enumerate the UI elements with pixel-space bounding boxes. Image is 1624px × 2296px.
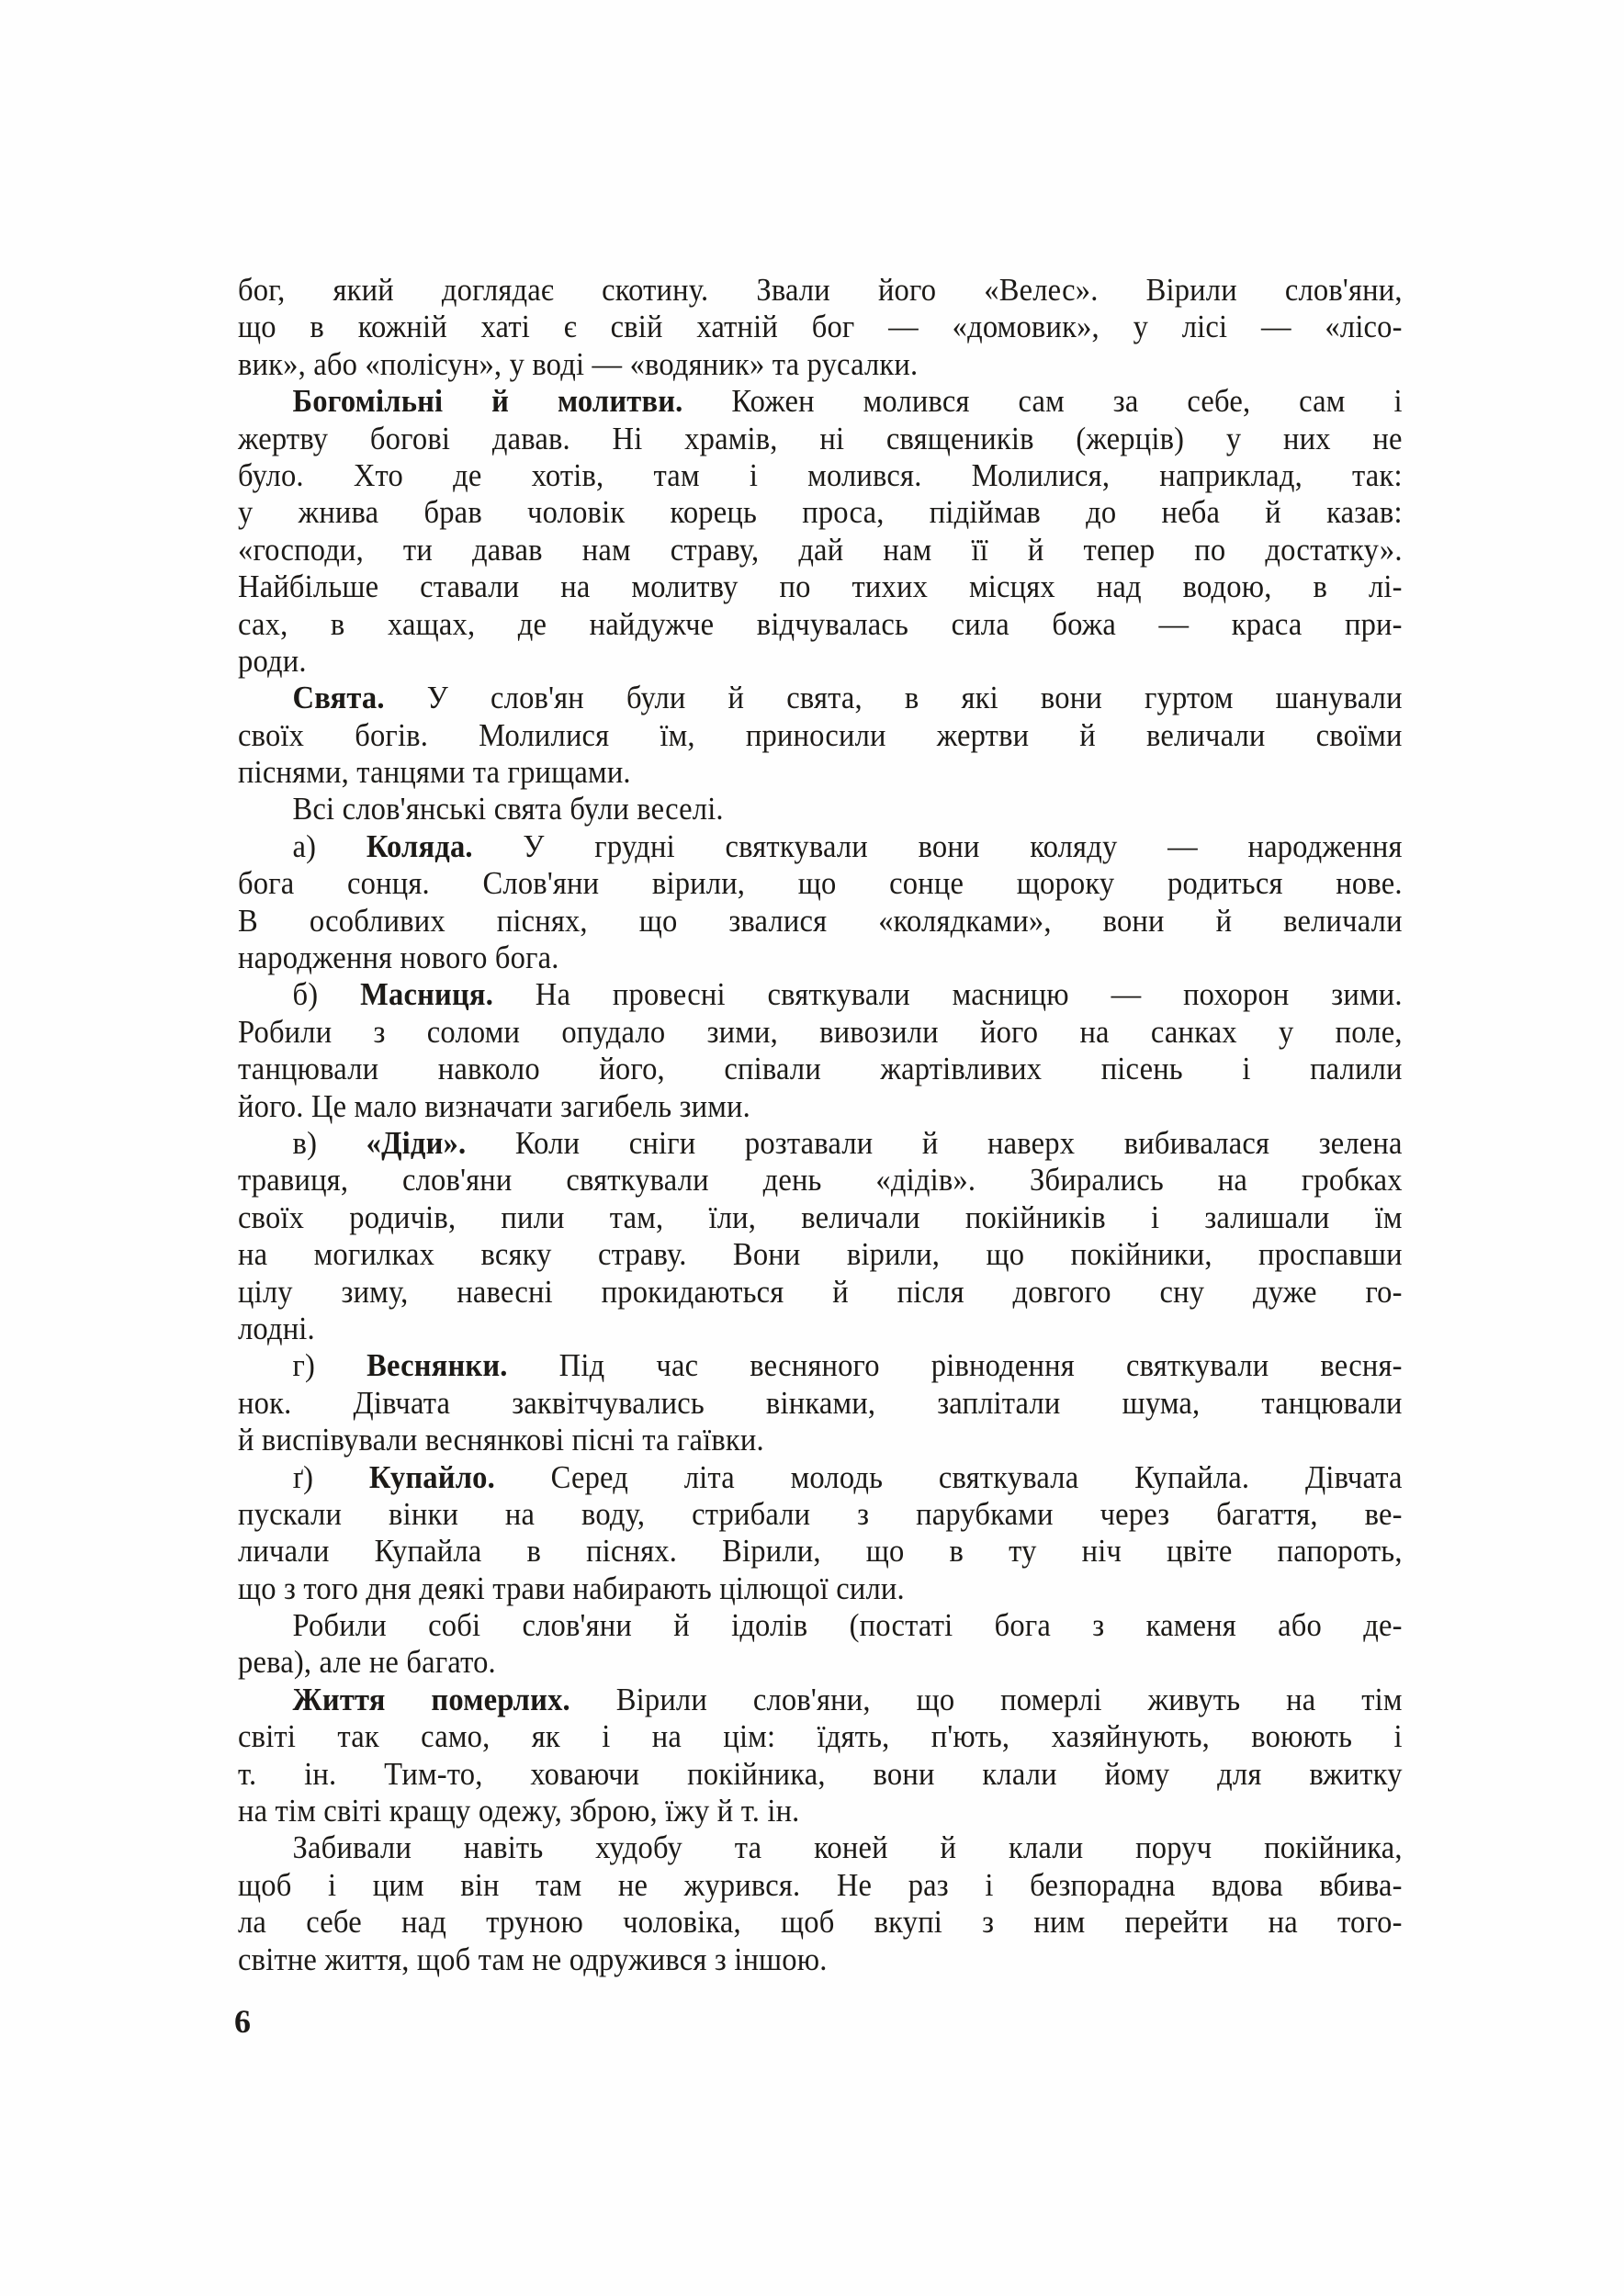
text-line: Життя померлих. Вірили слов'яни, що поме… <box>238 1682 1403 1718</box>
text-run: жертву богові давав. Ні храмів, ні свяще… <box>238 421 1403 456</box>
text-line: Богомільні й молитви. Кожен молився сам … <box>238 383 1403 420</box>
text-line: травиця, слов'яни святкували день «дідів… <box>238 1162 1403 1199</box>
text-line: нок. Дівчата заквітчувались вінками, зап… <box>238 1385 1403 1422</box>
text-line: його. Це мало визначати загибель зими. <box>238 1088 1403 1125</box>
text-run: своїх богів. Молилися їм, приносили жерт… <box>238 717 1403 753</box>
text-run: Забивали навіть худобу та коней й клали … <box>293 1829 1403 1865</box>
section-heading: Життя померлих. <box>293 1682 570 1717</box>
text-line: Свята. У слов'ян були й свята, в які вон… <box>238 680 1403 716</box>
text-run: що з того дня деякі трави набирають цілю… <box>238 1570 905 1606</box>
text-run: вик», або «полісун», у воді — «водяник» … <box>238 346 918 382</box>
text-line: рева), але не багато. <box>238 1644 1403 1681</box>
text-line: цілу зиму, навесні прокидаються й після … <box>238 1274 1403 1311</box>
text-run: цілу зиму, навесні прокидаються й після … <box>238 1274 1403 1310</box>
text-run: піснями, танцями та грищами. <box>238 754 631 790</box>
text-line: в) «Діди». Коли сніги розтавали й наверх… <box>238 1125 1403 1162</box>
text-line: Найбільше ставали на молитву по тихих мі… <box>238 568 1403 605</box>
text-line: було. Хто де хотів, там і молився. Молил… <box>238 457 1403 494</box>
text-run: Робили з соломи опудало зими, вивозили й… <box>238 1014 1403 1050</box>
text-run: а) <box>293 828 367 864</box>
text-run: в) <box>293 1125 367 1161</box>
text-line: на могилках всяку страву. Вони вірили, щ… <box>238 1236 1403 1273</box>
text-line: бога сонця. Слов'яни вірили, що сонце що… <box>238 865 1403 902</box>
text-line: т. ін. Тим-то, ховаючи покійника, вони к… <box>238 1756 1403 1793</box>
text-run: У слов'ян були й свята, в які вони гурто… <box>385 680 1403 715</box>
text-run: ла себе над труною чоловіка, щоб вкупі з… <box>238 1904 1403 1940</box>
text-line: й виспівували веснянкові пісні та гаївки… <box>238 1422 1403 1458</box>
text-run: бога сонця. Слов'яни вірили, що сонце що… <box>238 865 1403 901</box>
text-run: щоб і цим він там не журився. Не раз і б… <box>238 1867 1403 1903</box>
section-heading: «Діди». <box>367 1125 467 1161</box>
section-heading: Свята. <box>293 680 385 715</box>
text-run: рева), але не багато. <box>238 1644 496 1680</box>
section-heading: Масниця. <box>360 976 493 1012</box>
text-line: на тім світі кращу одежу, зброю, їжу й т… <box>238 1793 1403 1829</box>
text-run: що в кожній хаті є свій хатній бог — «до… <box>238 309 1403 344</box>
text-run: світне життя, щоб там не одружився з інш… <box>238 1941 828 1977</box>
text-run: пускали вінки на воду, стрибали з парубк… <box>238 1496 1403 1532</box>
text-run: Всі слов'янські свята були веселі. <box>293 791 724 827</box>
text-run: у жнива брав чоловік корець проса, підій… <box>238 494 1403 530</box>
text-run: Коли сніги розтавали й наверх вибивалася… <box>466 1125 1402 1161</box>
text-run: на могилках всяку страву. Вони вірили, щ… <box>238 1236 1403 1272</box>
text-run: У грудні святкували вони коляду — народж… <box>473 828 1403 864</box>
text-line: народження нового бога. <box>238 940 1403 976</box>
text-line: вик», або «полісун», у воді — «водяник» … <box>238 346 1403 383</box>
text-line: б) Масниця. На провесні святкували масни… <box>238 976 1403 1013</box>
text-line: Робили собі слов'яни й ідолів (постаті б… <box>238 1607 1403 1644</box>
text-line: личали Купайла в піснях. Вірили, що в ту… <box>238 1533 1403 1570</box>
text-line: пускали вінки на воду, стрибали з парубк… <box>238 1496 1403 1533</box>
text-run: Найбільше ставали на молитву по тихих мі… <box>238 568 1403 604</box>
text-line: у жнива брав чоловік корець проса, підій… <box>238 494 1403 531</box>
text-line: В особливих піснях, що звалися «колядкам… <box>238 903 1403 940</box>
text-run: було. Хто де хотів, там і молився. Молил… <box>238 457 1403 493</box>
text-line: Забивали навіть худобу та коней й клали … <box>238 1829 1403 1866</box>
text-line: що з того дня деякі трави набирають цілю… <box>238 1570 1403 1607</box>
text-line: ла себе над труною чоловіка, щоб вкупі з… <box>238 1904 1403 1941</box>
text-run: роди. <box>238 643 307 679</box>
text-line: лодні. <box>238 1311 1403 1347</box>
text-line: а) Коляда. У грудні святкували вони коля… <box>238 828 1403 865</box>
text-line: що в кожній хаті є свій хатній бог — «до… <box>238 309 1403 345</box>
text-line: світі так само, як і на цім: їдять, п'ют… <box>238 1718 1403 1755</box>
text-line: танцювали навколо його, співали жартівли… <box>238 1051 1403 1087</box>
text-run: личали Купайла в піснях. Вірили, що в ту… <box>238 1533 1403 1569</box>
text-run: На провесні святкували масницю — похорон… <box>493 976 1403 1012</box>
body-text: бог, який доглядає скотину. Звали його «… <box>238 272 1403 1978</box>
page-number: 6 <box>234 2002 251 2041</box>
text-run: Під час весняного рівнодення святкували … <box>508 1347 1403 1383</box>
text-run: танцювали навколо його, співали жартівли… <box>238 1051 1403 1086</box>
section-heading: Богомільні й молитви. <box>293 383 683 419</box>
text-line: г) Веснянки. Під час весняного рівноденн… <box>238 1347 1403 1384</box>
section-heading: Веснянки. <box>367 1347 507 1383</box>
text-run: В особливих піснях, що звалися «колядкам… <box>238 903 1403 939</box>
text-run: сах, в хащах, де найдужче відчувалась си… <box>238 606 1403 642</box>
text-run: й виспівували веснянкові пісні та гаївки… <box>238 1422 764 1458</box>
text-run: травиця, слов'яни святкували день «дідів… <box>238 1162 1403 1198</box>
text-line: своїх родичів, пили там, їли, величали п… <box>238 1199 1403 1236</box>
text-run: своїх родичів, пили там, їли, величали п… <box>238 1199 1403 1235</box>
text-run: б) <box>293 976 361 1012</box>
text-line: піснями, танцями та грищами. <box>238 754 1403 791</box>
text-run: бог, який доглядає скотину. Звали його «… <box>238 272 1403 308</box>
text-line: Робили з соломи опудало зими, вивозили й… <box>238 1014 1403 1051</box>
text-line: світне життя, щоб там не одружився з інш… <box>238 1941 1403 1978</box>
text-run: нок. Дівчата заквітчувались вінками, зап… <box>238 1385 1403 1421</box>
section-heading: Коляда. <box>367 828 473 864</box>
text-line: роди. <box>238 643 1403 680</box>
text-line: щоб і цим він там не журився. Не раз і б… <box>238 1867 1403 1904</box>
text-line: Всі слов'янські свята були веселі. <box>238 791 1403 827</box>
text-line: ґ) Купайло. Серед літа молодь святкувала… <box>238 1459 1403 1496</box>
text-line: «господи, ти давав нам страву, дай нам ї… <box>238 532 1403 568</box>
text-run: Серед літа молодь святкувала Купайла. Ді… <box>495 1459 1403 1495</box>
text-run: г) <box>293 1347 367 1383</box>
text-run: Кожен молився сам за себе, сам і <box>683 383 1403 419</box>
section-heading: Купайло. <box>369 1459 495 1495</box>
text-line: бог, який доглядає скотину. Звали його «… <box>238 272 1403 309</box>
text-run: лодні. <box>238 1311 315 1346</box>
text-line: жертву богові давав. Ні храмів, ні свяще… <box>238 421 1403 457</box>
text-run: «господи, ти давав нам страву, дай нам ї… <box>238 532 1403 568</box>
text-run: ґ) <box>293 1459 369 1495</box>
text-run: світі так само, як і на цім: їдять, п'ют… <box>238 1718 1403 1754</box>
text-line: своїх богів. Молилися їм, приносили жерт… <box>238 717 1403 754</box>
text-run: т. ін. Тим-то, ховаючи покійника, вони к… <box>238 1756 1403 1792</box>
text-line: сах, в хащах, де найдужче відчувалась си… <box>238 606 1403 643</box>
text-run: народження нового бога. <box>238 940 559 975</box>
book-page: бог, який доглядає скотину. Звали його «… <box>0 0 1624 2296</box>
text-run: на тім світі кращу одежу, зброю, їжу й т… <box>238 1793 800 1829</box>
text-run: Робили собі слов'яни й ідолів (постаті б… <box>293 1607 1403 1643</box>
text-run: його. Це мало визначати загибель зими. <box>238 1088 750 1124</box>
text-run: Вірили слов'яни, що померлі живуть на ті… <box>570 1682 1403 1717</box>
